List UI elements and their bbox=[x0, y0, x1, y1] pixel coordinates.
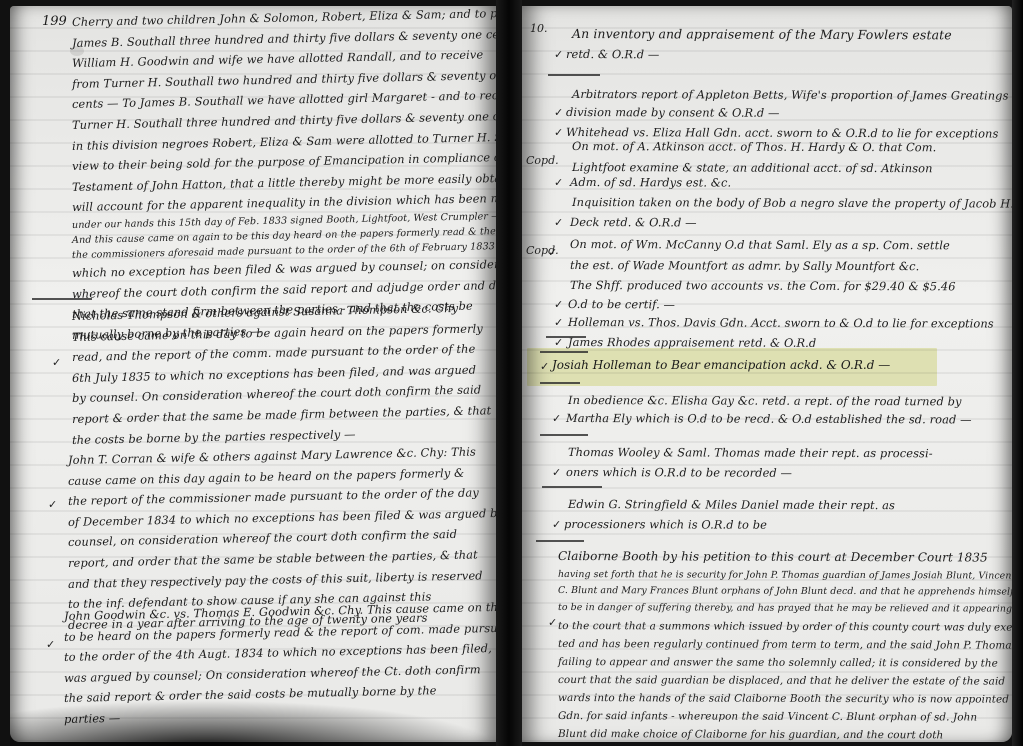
check-mark-icon: ✓ bbox=[548, 246, 557, 259]
entry-divider bbox=[548, 74, 600, 76]
check-mark-icon: ✓ bbox=[46, 638, 55, 651]
entry-processioners-stringfield-cont: processioners which is O.R.d to be bbox=[564, 514, 767, 535]
entry-processioners-stringfield: Edwin G. Stringfield & Miles Daniel made… bbox=[568, 494, 895, 515]
entry-hardy-estate: Adm. of sd. Hardys est. &c. bbox=[570, 172, 731, 193]
entry-divider bbox=[536, 540, 584, 542]
check-mark-icon: ✓ bbox=[554, 48, 563, 61]
entry-inquisition-bob-cont: Deck retd. & O.R.d — bbox=[570, 212, 697, 233]
entry-divider bbox=[542, 486, 602, 488]
page-edge bbox=[1012, 0, 1023, 746]
entry-line: On mot. of A. Atkinson acct. of Thos. H.… bbox=[572, 136, 936, 158]
check-mark-icon: ✓ bbox=[554, 106, 563, 119]
check-mark-icon: ✓ bbox=[552, 466, 561, 479]
check-mark-icon: ✓ bbox=[52, 356, 61, 369]
entry-line: to the court that a summons which issued… bbox=[558, 617, 1012, 637]
entry-holleman-v-davis: Holleman vs. Thos. Davis Gdn. Acct. swor… bbox=[568, 312, 994, 333]
check-mark-icon: ✓ bbox=[554, 216, 563, 229]
check-mark-icon: ✓ bbox=[554, 176, 563, 189]
book-gutter bbox=[496, 0, 522, 746]
entry-divider bbox=[540, 351, 588, 353]
entry-divider bbox=[540, 434, 588, 436]
entry-processioners-wooley: Thomas Wooley & Saml. Thomas made their … bbox=[568, 442, 933, 463]
check-mark-icon: ✓ bbox=[540, 360, 549, 373]
entry-divider bbox=[32, 298, 92, 300]
entry-line: Edwin G. Stringfield & Miles Daniel made… bbox=[568, 494, 895, 516]
right-page: 10. An inventory and appraisement of the… bbox=[522, 6, 1012, 742]
entry-line: wards into the hands of the said Claibor… bbox=[558, 689, 1012, 709]
check-mark-icon: ✓ bbox=[554, 316, 563, 329]
entry-line: oners which is O.R.d to be recorded — bbox=[566, 462, 792, 483]
entry-line: Martha Ely which is O.d to be recd. & O.… bbox=[566, 408, 972, 430]
entry-line: Thomas Wooley & Saml. Thomas made their … bbox=[568, 442, 933, 464]
entry-line: Claiborne Booth by his petition to this … bbox=[558, 546, 1012, 568]
entry-atkinson-motion: On mot. of A. Atkinson acct. of Thos. H.… bbox=[572, 136, 936, 177]
check-mark-icon: ✓ bbox=[552, 518, 561, 531]
check-mark-icon: ✓ bbox=[48, 498, 57, 511]
entry-line: ted and has been regularly continued fro… bbox=[558, 635, 1012, 655]
entry-mccanny-motion: On mot. of Wm. McCanny O.d that Saml. El… bbox=[570, 234, 956, 296]
check-mark-icon: ✓ bbox=[548, 616, 557, 629]
entry-goodwin-v-goodwin: John Goodwin &c. vs. Thomas E. Goodwin &… bbox=[64, 606, 496, 730]
highlighted-entry-holleman-emancipation[interactable]: Josiah Holleman to Bear emancipation ack… bbox=[552, 358, 890, 372]
entry-line: retd. & O.R.d — bbox=[566, 44, 659, 65]
entry-line: Adm. of sd. Hardys est. &c. bbox=[570, 172, 731, 193]
entry-line: Holleman vs. Thos. Davis Gdn. Acct. swor… bbox=[568, 312, 994, 334]
entry-arbitrators-report-cont: division made by consent & O.R.d — bbox=[566, 102, 780, 123]
entry-line: failing to appear and answer the same th… bbox=[558, 653, 1012, 673]
entry-line: Blunt did make choice of Claiborne for h… bbox=[558, 725, 1012, 742]
right-page-number: 10. bbox=[530, 22, 548, 35]
entry-line: Inquisition taken on the body of Bob a n… bbox=[572, 192, 1012, 214]
entry-southall-division: Cherry and two children John & Solomon, … bbox=[72, 12, 496, 345]
left-page: 199 Cherry and two children John & Solom… bbox=[10, 6, 496, 742]
entry-thompson-v-thompson: Nicholas Thompson & others against Susan… bbox=[72, 306, 491, 450]
entry-line: Gdn. for said infants - whereupon the sa… bbox=[558, 707, 1012, 727]
entry-line: division made by consent & O.R.d — bbox=[566, 102, 780, 123]
margin-note-copied: Copd. bbox=[526, 154, 559, 167]
entry-booth-petition: Claiborne Booth by his petition to this … bbox=[558, 546, 1012, 742]
entry-line: having set forth that he is security for… bbox=[558, 567, 1012, 585]
entry-fowler-inventory-cont: retd. & O.R.d — bbox=[566, 44, 659, 65]
left-page-number: 199 bbox=[42, 14, 67, 29]
entry-line: C. Blunt and Mary Frances Blunt orphans … bbox=[558, 583, 1012, 601]
check-mark-icon: ✓ bbox=[554, 126, 563, 139]
entry-line: processioners which is O.R.d to be bbox=[564, 514, 767, 535]
entry-line: the est. of Wade Mountfort as admr. by S… bbox=[570, 255, 956, 277]
entry-fowler-inventory: An inventory and appraisement of the Mar… bbox=[572, 24, 952, 45]
ledger-spread: 199 Cherry and two children John & Solom… bbox=[0, 0, 1023, 746]
entry-inquisition-bob: Inquisition taken on the body of Bob a n… bbox=[572, 192, 1012, 213]
entry-processioners-wooley-cont: oners which is O.R.d to be recorded — bbox=[566, 462, 792, 483]
entry-divider bbox=[540, 382, 580, 384]
entry-line: An inventory and appraisement of the Mar… bbox=[572, 24, 952, 46]
check-mark-icon: ✓ bbox=[552, 412, 561, 425]
entry-line: On mot. of Wm. McCanny O.d that Saml. El… bbox=[570, 234, 956, 256]
check-mark-icon: ✓ bbox=[554, 298, 563, 311]
entry-line: court that the said guardian be displace… bbox=[558, 671, 1012, 691]
entry-line: to be in danger of suffering thereby, an… bbox=[558, 599, 1012, 619]
entry-road-report-cont: Martha Ely which is O.d to be recd. & O.… bbox=[566, 408, 972, 429]
entry-line: Deck retd. & O.R.d — bbox=[570, 212, 697, 233]
